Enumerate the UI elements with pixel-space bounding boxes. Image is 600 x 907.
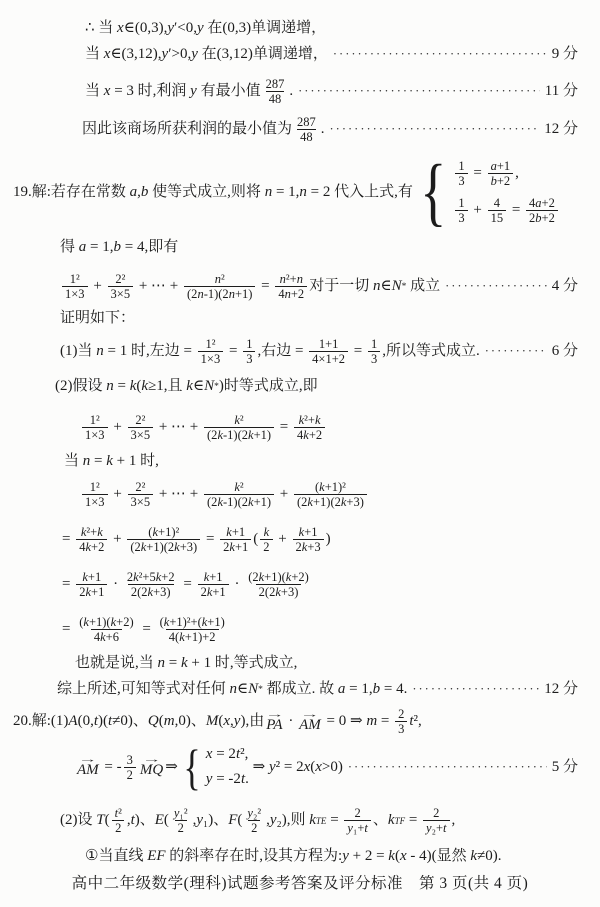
fraction-numerator: 2²: [132, 480, 148, 494]
fraction: 32: [124, 753, 136, 782]
vector-arrow-icon: →: [142, 756, 161, 763]
text-run: 当 n = k + 1 时,: [64, 451, 159, 472]
text-run: = 0 ⇒ m =: [323, 711, 393, 732]
fraction: 28748: [263, 77, 288, 106]
fraction-denominator: 1×3: [198, 351, 224, 366]
text-run: 也就是说,当 n = k + 1 时,等式成立,: [75, 653, 297, 674]
text-run: +: [109, 529, 125, 550]
fraction-numerator: k+1: [201, 570, 226, 584]
solution-line-13: 1²1×3 + 2²3×5 + ⋯ + k²(2k-1)(2k+1) + (k+…: [80, 480, 578, 509]
text-run: 对于一切 n∈N: [309, 276, 401, 297]
solution-line-2: 当 x∈(3,12),y′>0,y 在(3,12)单调递增，··········…: [85, 44, 578, 65]
page-footer: 高中二年级数学(理科)试题参考答案及评分标准 第 3 页(共 4 页): [0, 871, 600, 893]
fraction-denominator: (2n-1)(2n+1): [184, 286, 255, 301]
vector-name: PA: [266, 718, 282, 733]
text-run: +: [470, 200, 486, 221]
fraction: 13: [243, 337, 255, 366]
fraction-numerator: (k+1)(k+2): [76, 615, 136, 629]
vector-am: →AM: [299, 711, 321, 733]
fraction-denominator: 2k+3: [293, 539, 324, 554]
fraction-denominator: 4×1+2: [309, 351, 348, 366]
dotted-leader: ········································…: [485, 341, 547, 362]
fraction-denominator: 3: [368, 351, 380, 366]
text-run: = -: [101, 757, 122, 778]
fraction-numerator: k+1: [79, 570, 104, 584]
fraction: 13: [455, 159, 467, 188]
solution-line-14: = k²+k4k+2 + (k+1)²(2k+1)(2k+3) = k+12k+…: [62, 525, 578, 554]
fraction: k+12k+3: [293, 525, 324, 554]
solution-line-8: 证明如下：: [60, 308, 578, 329]
fraction-numerator: 2: [430, 806, 442, 820]
fraction-denominator: 2: [175, 820, 187, 835]
fraction-numerator: 2: [352, 806, 364, 820]
text-run: 都成立. 故 a = 1,b = 4.: [263, 679, 407, 700]
fraction: (k+1)²+(k+1)4(k+1)+2: [157, 615, 228, 644]
text-run: 综上所述,可知等式对任何 n∈N: [57, 679, 258, 700]
fraction-denominator: 4(k+1)+2: [166, 629, 219, 644]
left-brace-icon: {: [420, 158, 446, 226]
fraction-numerator: n²: [212, 272, 228, 286]
fraction: 2y₂+t: [423, 806, 449, 835]
fraction-numerator: (k+1)²: [312, 480, 349, 494]
fraction: 13: [368, 337, 380, 366]
text-run: 当 x∈(3,12),y′>0,y 在(3,12)单调递增，: [85, 44, 328, 65]
text-run: 20.解:(1)A(0,t)(t≠0)、Q(m,0)、M(x,y),由: [13, 711, 264, 732]
text-run: =: [202, 529, 218, 550]
vector-name: AM: [77, 763, 99, 778]
text-run: 成立: [406, 276, 440, 297]
fraction-numerator: 2: [395, 707, 407, 721]
fraction-denominator: 2: [112, 820, 124, 835]
text-run: .: [321, 119, 325, 140]
text-run: ,y₁)、F(: [193, 810, 243, 831]
fraction-numerator: a+1: [488, 159, 514, 173]
equation-row: x = 2t²,: [206, 744, 249, 765]
fraction-numerator: 2²: [112, 272, 128, 286]
text-run: +: [110, 417, 126, 438]
text-run: =: [326, 810, 342, 831]
fraction: k²(2k-1)(2k+1): [204, 413, 274, 442]
vector-name: AM: [299, 718, 321, 733]
fraction: k²+k4k+2: [294, 413, 325, 442]
fraction-denominator: 2: [124, 767, 136, 782]
solution-line-10: (2)假设 n = k(k≥1,且 k∈N*)时等式成立,即: [55, 376, 578, 397]
fraction-denominator: 48: [266, 91, 285, 106]
vector-mq: →MQ: [140, 756, 163, 778]
fraction: 1²1×3: [62, 272, 88, 301]
score-value: 12 分: [544, 679, 578, 700]
text-run: =: [470, 163, 486, 184]
text-run: 、k: [373, 810, 395, 831]
solution-line-5: 19.解:若存在常数 a,b 使等式成立,则将 n = 1,n = 2 代入上式…: [13, 158, 578, 226]
text-run: (1)当 n = 1 时,左边 =: [60, 341, 196, 362]
equation-row: 13 = a+1b+2,: [453, 159, 519, 188]
text-run: 因此该商场所获利润的最小值为: [82, 119, 292, 140]
text-run: 证明如下：: [60, 308, 135, 329]
fraction-numerator: 1: [368, 337, 380, 351]
text-run: (: [253, 529, 258, 550]
solution-line-22: ①当直线 EF 的斜率存在时,设其方程为:y + 2 = k(x - 4)(显然…: [85, 846, 578, 867]
text-run: .: [289, 81, 293, 102]
text-run: +: [90, 276, 106, 297]
text-run: (2)假设 n = k(k≥1,且 k∈N: [55, 376, 214, 397]
text-run: ,: [452, 810, 456, 831]
text-run: + ⋯ +: [135, 276, 182, 297]
fraction-denominator: 1×3: [82, 427, 108, 442]
solution-line-20: →AM = -32→MQ⇒{x = 2t²,y = -2t. ⇒ y² = 2x…: [75, 744, 578, 790]
fraction-denominator: 2k+1: [220, 539, 251, 554]
dotted-leader: ········································…: [333, 44, 547, 65]
text-run: =: [62, 619, 74, 640]
fraction-numerator: 1²: [87, 413, 103, 427]
score-value: 12 分: [544, 119, 578, 140]
text-run: + ⋯ +: [155, 484, 202, 505]
text-run: ·: [231, 574, 244, 595]
solution-line-1: ∴ 当 x∈(0,3),y′<0,y 在(0,3)单调递增，: [85, 18, 578, 39]
text-run: x = 2t²,: [206, 744, 249, 765]
fraction-denominator: (2k-1)(2k+1): [204, 494, 274, 509]
fraction: 2k²+5k+22(2k+3): [124, 570, 178, 599]
fraction-numerator: 287: [263, 77, 288, 91]
fraction-denominator: 4k+2: [294, 427, 325, 442]
fraction-numerator: 4: [491, 196, 503, 210]
fraction-denominator: 1×3: [82, 494, 108, 509]
fraction-numerator: y₂²: [244, 806, 264, 820]
dotted-leader: ········································…: [298, 81, 540, 102]
solution-line-12: 当 n = k + 1 时,: [64, 451, 578, 472]
text-run: ①当直线 EF 的斜率存在时,设其方程为:y + 2 = k(x - 4)(显然…: [85, 846, 502, 867]
fraction-numerator: 1: [455, 159, 467, 173]
fraction: k+12k+1: [220, 525, 251, 554]
fraction-denominator: 2k+1: [198, 584, 229, 599]
page: 高中二年级数学(理科)试题参考答案及评分标准 第 3 页(共 4 页) ∴ 当 …: [0, 0, 600, 907]
text-run: ·: [109, 574, 122, 595]
text-run: + ⋯ +: [155, 417, 202, 438]
fraction-denominator: 3: [455, 210, 467, 225]
fraction-numerator: 4a+2: [526, 196, 558, 210]
fraction-numerator: n²+n: [277, 272, 306, 286]
text-run: =: [257, 276, 273, 297]
fraction-denominator: 3: [243, 351, 255, 366]
fraction: (k+1)²(2k+1)(2k+3): [127, 525, 200, 554]
fraction-numerator: (k+1)²: [145, 525, 182, 539]
fraction-numerator: (k+1)²+(k+1): [157, 615, 228, 629]
text-run: ,所以等式成立.: [382, 341, 480, 362]
fraction-denominator: 48: [297, 129, 316, 144]
equation-system-rows: 13 = a+1b+2,13 + 415 = 4a+22b+2: [453, 159, 560, 225]
fraction: n²(2n-1)(2n+1): [184, 272, 255, 301]
vector-pa: →PA: [266, 711, 282, 733]
solution-line-3: 当 x = 3 时,利润 y 有最小值28748.···············…: [85, 77, 578, 106]
vector-arrow-icon: →: [265, 711, 284, 718]
dotted-leader: ········································…: [330, 119, 540, 140]
fraction: 1+14×1+2: [309, 337, 348, 366]
fraction-numerator: 1²: [67, 272, 83, 286]
text-run: =: [139, 619, 155, 640]
fraction: k²+k4k+2: [76, 525, 107, 554]
fraction-denominator: 2: [260, 539, 272, 554]
fraction: 23: [395, 707, 407, 736]
fraction-numerator: 3: [124, 753, 136, 767]
fraction-denominator: y₂+t: [423, 820, 449, 835]
text-run: ∴ 当 x∈(0,3),y′<0,y 在(0,3)单调递增，: [85, 18, 326, 39]
fraction-denominator: b+2: [488, 173, 514, 188]
solution-line-18: 综上所述,可知等式对任何 n∈N* 都成立. 故 a = 1,b = 4.···…: [57, 679, 578, 700]
fraction-numerator: 287: [294, 115, 319, 129]
text-run: ,y₂),则 k: [266, 810, 316, 831]
fraction-denominator: (2k+1)(2k+3): [127, 539, 200, 554]
text-run: ⇒ y² = 2x(x>0): [249, 757, 343, 778]
fraction-denominator: 4k+2: [76, 539, 107, 554]
equation-system: {13 = a+1b+2,13 + 415 = 4a+22b+2: [415, 158, 560, 226]
fraction: k2: [260, 525, 272, 554]
solution-line-4: 因此该商场所获利润的最小值为28748.····················…: [82, 115, 578, 144]
text-run: +: [110, 484, 126, 505]
fraction-numerator: t²: [112, 806, 125, 820]
fraction-numerator: k²+k: [78, 525, 106, 539]
fraction: (k+1)²(2k+1)(2k+3): [294, 480, 367, 509]
text-run: ·: [285, 711, 298, 732]
fraction: y₂²2: [244, 806, 264, 835]
solution-line-6: 得 a = 1,b = 4,即有: [60, 237, 578, 258]
fraction-numerator: 1+1: [316, 337, 342, 351]
text-run: t²,: [409, 711, 421, 732]
equation-row: 13 + 415 = 4a+22b+2: [453, 196, 560, 225]
text-run: ,t)、E(: [127, 810, 169, 831]
fraction-denominator: 15: [488, 210, 507, 225]
fraction-numerator: 1²: [87, 480, 103, 494]
fraction-denominator: 2k+1: [76, 584, 107, 599]
text-run: ,: [515, 163, 519, 184]
fraction: 1²1×3: [82, 413, 108, 442]
fraction-numerator: y₁²: [171, 806, 191, 820]
dotted-leader: ········································…: [412, 679, 539, 700]
solution-line-19: 20.解:(1)A(0,t)(t≠0)、Q(m,0)、M(x,y),由→PA ·…: [13, 707, 578, 736]
text-run: =: [62, 574, 74, 595]
text-run: y = -2t.: [206, 769, 249, 790]
fraction-numerator: 1: [243, 337, 255, 351]
fraction-numerator: 1²: [202, 337, 218, 351]
fraction: 13: [455, 196, 467, 225]
fraction-numerator: k: [261, 525, 273, 539]
fraction: n²+n4n+2: [275, 272, 307, 301]
fraction: (2k+1)(k+2)2(2k+3): [245, 570, 312, 599]
text-run: ,右边 =: [257, 341, 307, 362]
fraction-denominator: 3: [395, 721, 407, 736]
fraction: y₁²2: [171, 806, 191, 835]
fraction: 415: [488, 196, 507, 225]
text-run: ): [326, 529, 331, 550]
solution-line-7: 1²1×3 + 2²3×5 + ⋯ + n²(2n-1)(2n+1) = n²+…: [60, 272, 578, 301]
fraction: 2²3×5: [108, 272, 134, 301]
fraction-denominator: (2k+1)(2k+3): [294, 494, 367, 509]
text-run: +: [275, 529, 291, 550]
fraction-denominator: 2(2k+3): [256, 584, 302, 599]
fraction-numerator: k+1: [296, 525, 321, 539]
fraction: k+12k+1: [198, 570, 229, 599]
fraction: 2²3×5: [128, 480, 154, 509]
text-run: =: [225, 341, 241, 362]
fraction-denominator: 4k+6: [91, 629, 122, 644]
fraction: 28748: [294, 115, 319, 144]
text-run: ⇒: [165, 757, 178, 778]
equation-row: y = -2t.: [206, 769, 249, 790]
fraction-numerator: k+1: [223, 525, 248, 539]
text-run: =: [62, 529, 74, 550]
fraction: 2²3×5: [128, 413, 154, 442]
fraction-denominator: y₁+t: [344, 820, 370, 835]
fraction: 1²1×3: [82, 480, 108, 509]
solution-line-21: (2)设 T(t²2,t)、E(y₁²2,y₁)、F(y₂²2,y₂),则 kT…: [60, 806, 578, 835]
solution-line-15: = k+12k+1 · 2k²+5k+22(2k+3) = k+12k+1 · …: [62, 570, 578, 599]
fraction-denominator: (2k-1)(2k+1): [204, 427, 274, 442]
fraction-denominator: 3×5: [128, 427, 154, 442]
solution-line-17: 也就是说,当 n = k + 1 时,等式成立,: [75, 653, 578, 674]
fraction: k+12k+1: [76, 570, 107, 599]
equation-system: {x = 2t²,y = -2t.: [180, 744, 249, 790]
score-value: 4 分: [552, 276, 578, 297]
text-run: =: [508, 200, 524, 221]
fraction-numerator: k²+k: [296, 413, 324, 427]
vector-am: →AM: [77, 756, 99, 778]
score-value: 6 分: [552, 341, 578, 362]
fraction: (k+1)(k+2)4k+6: [76, 615, 136, 644]
fraction-denominator: 3×5: [128, 494, 154, 509]
text-run: =: [350, 341, 366, 362]
fraction: a+1b+2: [488, 159, 514, 188]
fraction-numerator: 1: [455, 196, 467, 210]
fraction-numerator: k²: [231, 413, 246, 427]
fraction-numerator: (2k+1)(k+2): [245, 570, 312, 584]
dotted-leader: ········································…: [445, 276, 547, 297]
fraction-denominator: 3: [455, 173, 467, 188]
text-run: =: [405, 810, 421, 831]
dotted-leader: ········································…: [348, 757, 547, 778]
score-value: 5 分: [552, 757, 578, 778]
text-run: +: [276, 484, 292, 505]
fraction: 4a+22b+2: [526, 196, 558, 225]
equation-system-rows: x = 2t²,y = -2t.: [206, 744, 249, 790]
text-run: 当 x = 3 时,利润 y 有最小值: [85, 81, 261, 102]
fraction-numerator: 2²: [132, 413, 148, 427]
fraction-denominator: 1×3: [62, 286, 88, 301]
fraction-denominator: 3×5: [108, 286, 134, 301]
score-value: 9 分: [552, 44, 578, 65]
fraction: t²2: [112, 806, 125, 835]
text-run: 19.解:若存在常数 a,b 使等式成立,则将 n = 1,n = 2 代入上式…: [13, 182, 413, 203]
score-value: 11 分: [545, 81, 578, 102]
solution-line-16: = (k+1)(k+2)4k+6 = (k+1)²+(k+1)4(k+1)+2: [62, 615, 578, 644]
fraction: 1²1×3: [198, 337, 224, 366]
solution-line-11: 1²1×3 + 2²3×5 + ⋯ + k²(2k-1)(2k+1) = k²+…: [80, 413, 578, 442]
solution-line-9: (1)当 n = 1 时,左边 = 1²1×3 = 13,右边 = 1+14×1…: [60, 337, 578, 366]
text-run: (2)设 T(: [60, 810, 110, 831]
fraction-denominator: 2b+2: [526, 210, 558, 225]
text-run: =: [276, 417, 292, 438]
fraction-denominator: 4n+2: [275, 286, 307, 301]
text-run: =: [180, 574, 196, 595]
fraction: 2y₁+t: [344, 806, 370, 835]
fraction-denominator: 2(2k+3): [128, 584, 174, 599]
vector-arrow-icon: →: [78, 756, 97, 763]
left-brace-icon: {: [183, 745, 200, 790]
fraction: k²(2k-1)(2k+1): [204, 480, 274, 509]
vector-name: MQ: [140, 763, 163, 778]
text-run: 得 a = 1,b = 4,即有: [60, 237, 178, 258]
vector-arrow-icon: →: [300, 711, 319, 718]
fraction-numerator: 2k²+5k+2: [124, 570, 178, 584]
fraction-numerator: k²: [231, 480, 246, 494]
text-run: )时等式成立,即: [219, 376, 318, 397]
fraction-denominator: 2: [248, 820, 260, 835]
